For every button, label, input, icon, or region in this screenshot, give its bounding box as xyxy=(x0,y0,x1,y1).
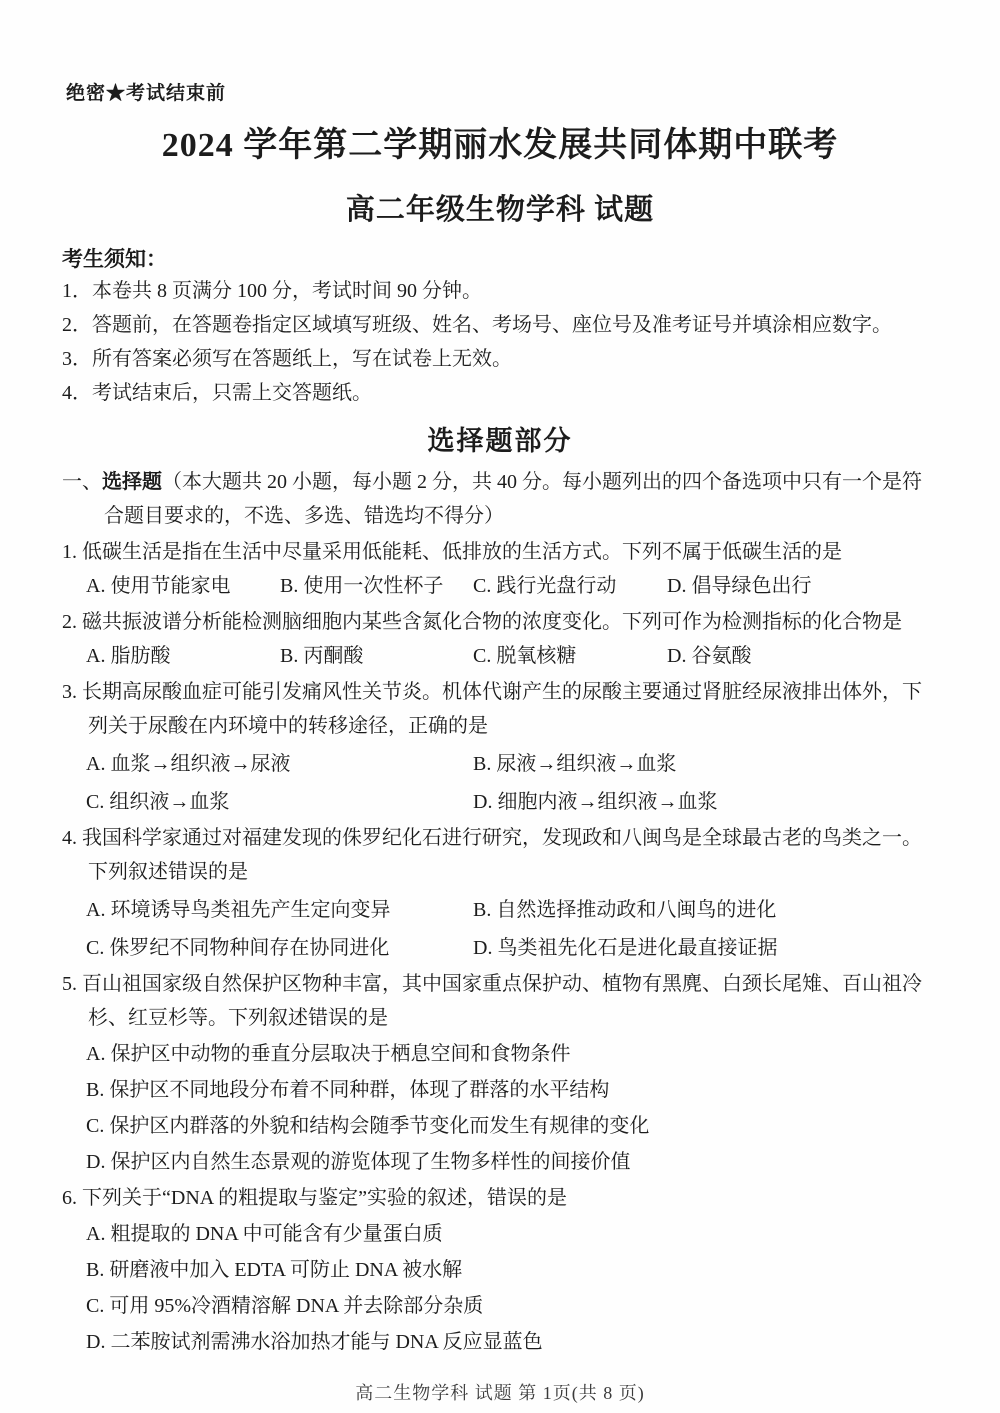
question-6: 6. 下列关于“DNA 的粗提取与鉴定”实验的叙述，错误的是 A. 粗提取的 D… xyxy=(62,1181,938,1359)
option-a: A. 血浆→组织液→尿液 xyxy=(86,747,473,781)
option-b: B. 研磨液中加入 EDTA 可防止 DNA 被水解 xyxy=(86,1253,938,1287)
option-b: B. 尿液→组织液→血浆 xyxy=(473,747,938,781)
option-c: C. 脱氧核糖 xyxy=(473,639,667,673)
option-c: C. 践行光盘行动 xyxy=(473,569,667,603)
notice-item-4: 4．考试结束后，只需上交答题纸。 xyxy=(62,376,938,410)
question-3: 3. 长期高尿酸血症可能引发痛风性关节炎。机体代谢产生的尿酸主要通过肾脏经尿液排… xyxy=(62,675,938,819)
option-a: A. 粗提取的 DNA 中可能含有少量蛋白质 xyxy=(86,1217,938,1251)
notice-heading: 考生须知： xyxy=(62,244,938,274)
option-c: C. 保护区内群落的外貌和结构会随季节变化而发生有规律的变化 xyxy=(86,1109,938,1143)
section-heading: 选择题部分 xyxy=(62,419,938,458)
notice-item-1: 1．本卷共 8 页满分 100 分，考试时间 90 分钟。 xyxy=(62,274,938,308)
option-d: D. 谷氨酸 xyxy=(667,639,938,673)
intro-rules: （本大题共 20 小题，每小题 2 分，共 40 分。每小题列出的四个备选项中只… xyxy=(104,471,922,527)
exam-title: 2024 学年第二学期丽水发展共同体期中联考 xyxy=(62,117,938,166)
option-b: B. 丙酮酸 xyxy=(280,639,473,673)
option-c: C. 侏罗纪不同物种间存在协同进化 xyxy=(86,931,473,965)
question-1: 1. 低碳生活是指在生活中尽量采用低能耗、低排放的生活方式。下列不属于低碳生活的… xyxy=(62,535,938,603)
question-5-options: A. 保护区中动物的垂直分层取决于栖息空间和食物条件 B. 保护区不同地段分布着… xyxy=(62,1037,938,1179)
option-c: C. 可用 95%冷酒精溶解 DNA 并去除部分杂质 xyxy=(86,1289,938,1323)
intro-prefix: 一、 xyxy=(62,471,102,493)
question-4-options: A. 环境诱导鸟类祖先产生定向变异 B. 自然选择推动政和八闽鸟的进化 C. 侏… xyxy=(62,893,938,965)
question-4-stem: 4. 我国科学家通过对福建发现的侏罗纪化石进行研究，发现政和八闽鸟是全球最古老的… xyxy=(62,821,938,889)
exam-paper-page: 绝密★考试结束前 2024 学年第二学期丽水发展共同体期中联考 高二年级生物学科… xyxy=(0,0,1000,1413)
question-3-options: A. 血浆→组织液→尿液 B. 尿液→组织液→血浆 C. 组织液→血浆 D. 细… xyxy=(62,747,938,819)
option-a: A. 环境诱导鸟类祖先产生定向变异 xyxy=(86,893,473,927)
notice-item-3: 3．所有答案必须写在答题纸上，写在试卷上无效。 xyxy=(62,342,938,376)
notice-item-2: 2．答题前，在答题卷指定区域填写班级、姓名、考场号、座位号及准考证号并填涂相应数… xyxy=(62,308,938,342)
option-a: A. 保护区中动物的垂直分层取决于栖息空间和食物条件 xyxy=(86,1037,938,1071)
question-2: 2. 磁共振波谱分析能检测脑细胞内某些含氮化合物的浓度变化。下列可作为检测指标的… xyxy=(62,605,938,673)
question-6-options: A. 粗提取的 DNA 中可能含有少量蛋白质 B. 研磨液中加入 EDTA 可防… xyxy=(62,1217,938,1359)
option-d: D. 倡导绿色出行 xyxy=(667,569,938,603)
secrecy-notice: 绝密★考试结束前 xyxy=(66,78,938,105)
candidate-notice: 考生须知： 1．本卷共 8 页满分 100 分，考试时间 90 分钟。 2．答题… xyxy=(62,244,938,410)
option-d: D. 鸟类祖先化石是进化最直接证据 xyxy=(473,931,938,965)
option-a: A. 使用节能家电 xyxy=(86,569,280,603)
option-a: A. 脂肪酸 xyxy=(86,639,280,673)
question-1-stem: 1. 低碳生活是指在生活中尽量采用低能耗、低排放的生活方式。下列不属于低碳生活的… xyxy=(62,535,938,569)
exam-subtitle: 高二年级生物学科 试题 xyxy=(62,187,938,228)
question-1-options: A. 使用节能家电 B. 使用一次性杯子 C. 践行光盘行动 D. 倡导绿色出行 xyxy=(62,569,938,603)
question-2-stem: 2. 磁共振波谱分析能检测脑细胞内某些含氮化合物的浓度变化。下列可作为检测指标的… xyxy=(62,605,938,639)
option-d: D. 二苯胺试剂需沸水浴加热才能与 DNA 反应显蓝色 xyxy=(86,1325,938,1359)
option-b: B. 使用一次性杯子 xyxy=(280,569,473,603)
option-b: B. 保护区不同地段分布着不同种群，体现了群落的水平结构 xyxy=(86,1073,938,1107)
question-4: 4. 我国科学家通过对福建发现的侏罗纪化石进行研究，发现政和八闽鸟是全球最古老的… xyxy=(62,821,938,965)
question-2-options: A. 脂肪酸 B. 丙酮酸 C. 脱氧核糖 D. 谷氨酸 xyxy=(62,639,938,673)
option-d: D. 细胞内液→组织液→血浆 xyxy=(473,785,938,819)
option-b: B. 自然选择推动政和八闽鸟的进化 xyxy=(473,893,938,927)
question-3-stem: 3. 长期高尿酸血症可能引发痛风性关节炎。机体代谢产生的尿酸主要通过肾脏经尿液排… xyxy=(62,675,938,743)
intro-title: 选择题 xyxy=(102,471,162,493)
page-footer: 高二生物学科 试题 第 1页(共 8 页) xyxy=(62,1379,938,1405)
option-c: C. 组织液→血浆 xyxy=(86,785,473,819)
section-intro: 一、选择题（本大题共 20 小题，每小题 2 分，共 40 分。每小题列出的四个… xyxy=(62,465,938,533)
question-5-stem: 5. 百山祖国家级自然保护区物种丰富，其中国家重点保护动、植物有黑麂、白颈长尾雉… xyxy=(62,967,938,1035)
question-5: 5. 百山祖国家级自然保护区物种丰富，其中国家重点保护动、植物有黑麂、白颈长尾雉… xyxy=(62,967,938,1179)
question-6-stem: 6. 下列关于“DNA 的粗提取与鉴定”实验的叙述，错误的是 xyxy=(62,1181,938,1215)
option-d: D. 保护区内自然生态景观的游览体现了生物多样性的间接价值 xyxy=(86,1145,938,1179)
